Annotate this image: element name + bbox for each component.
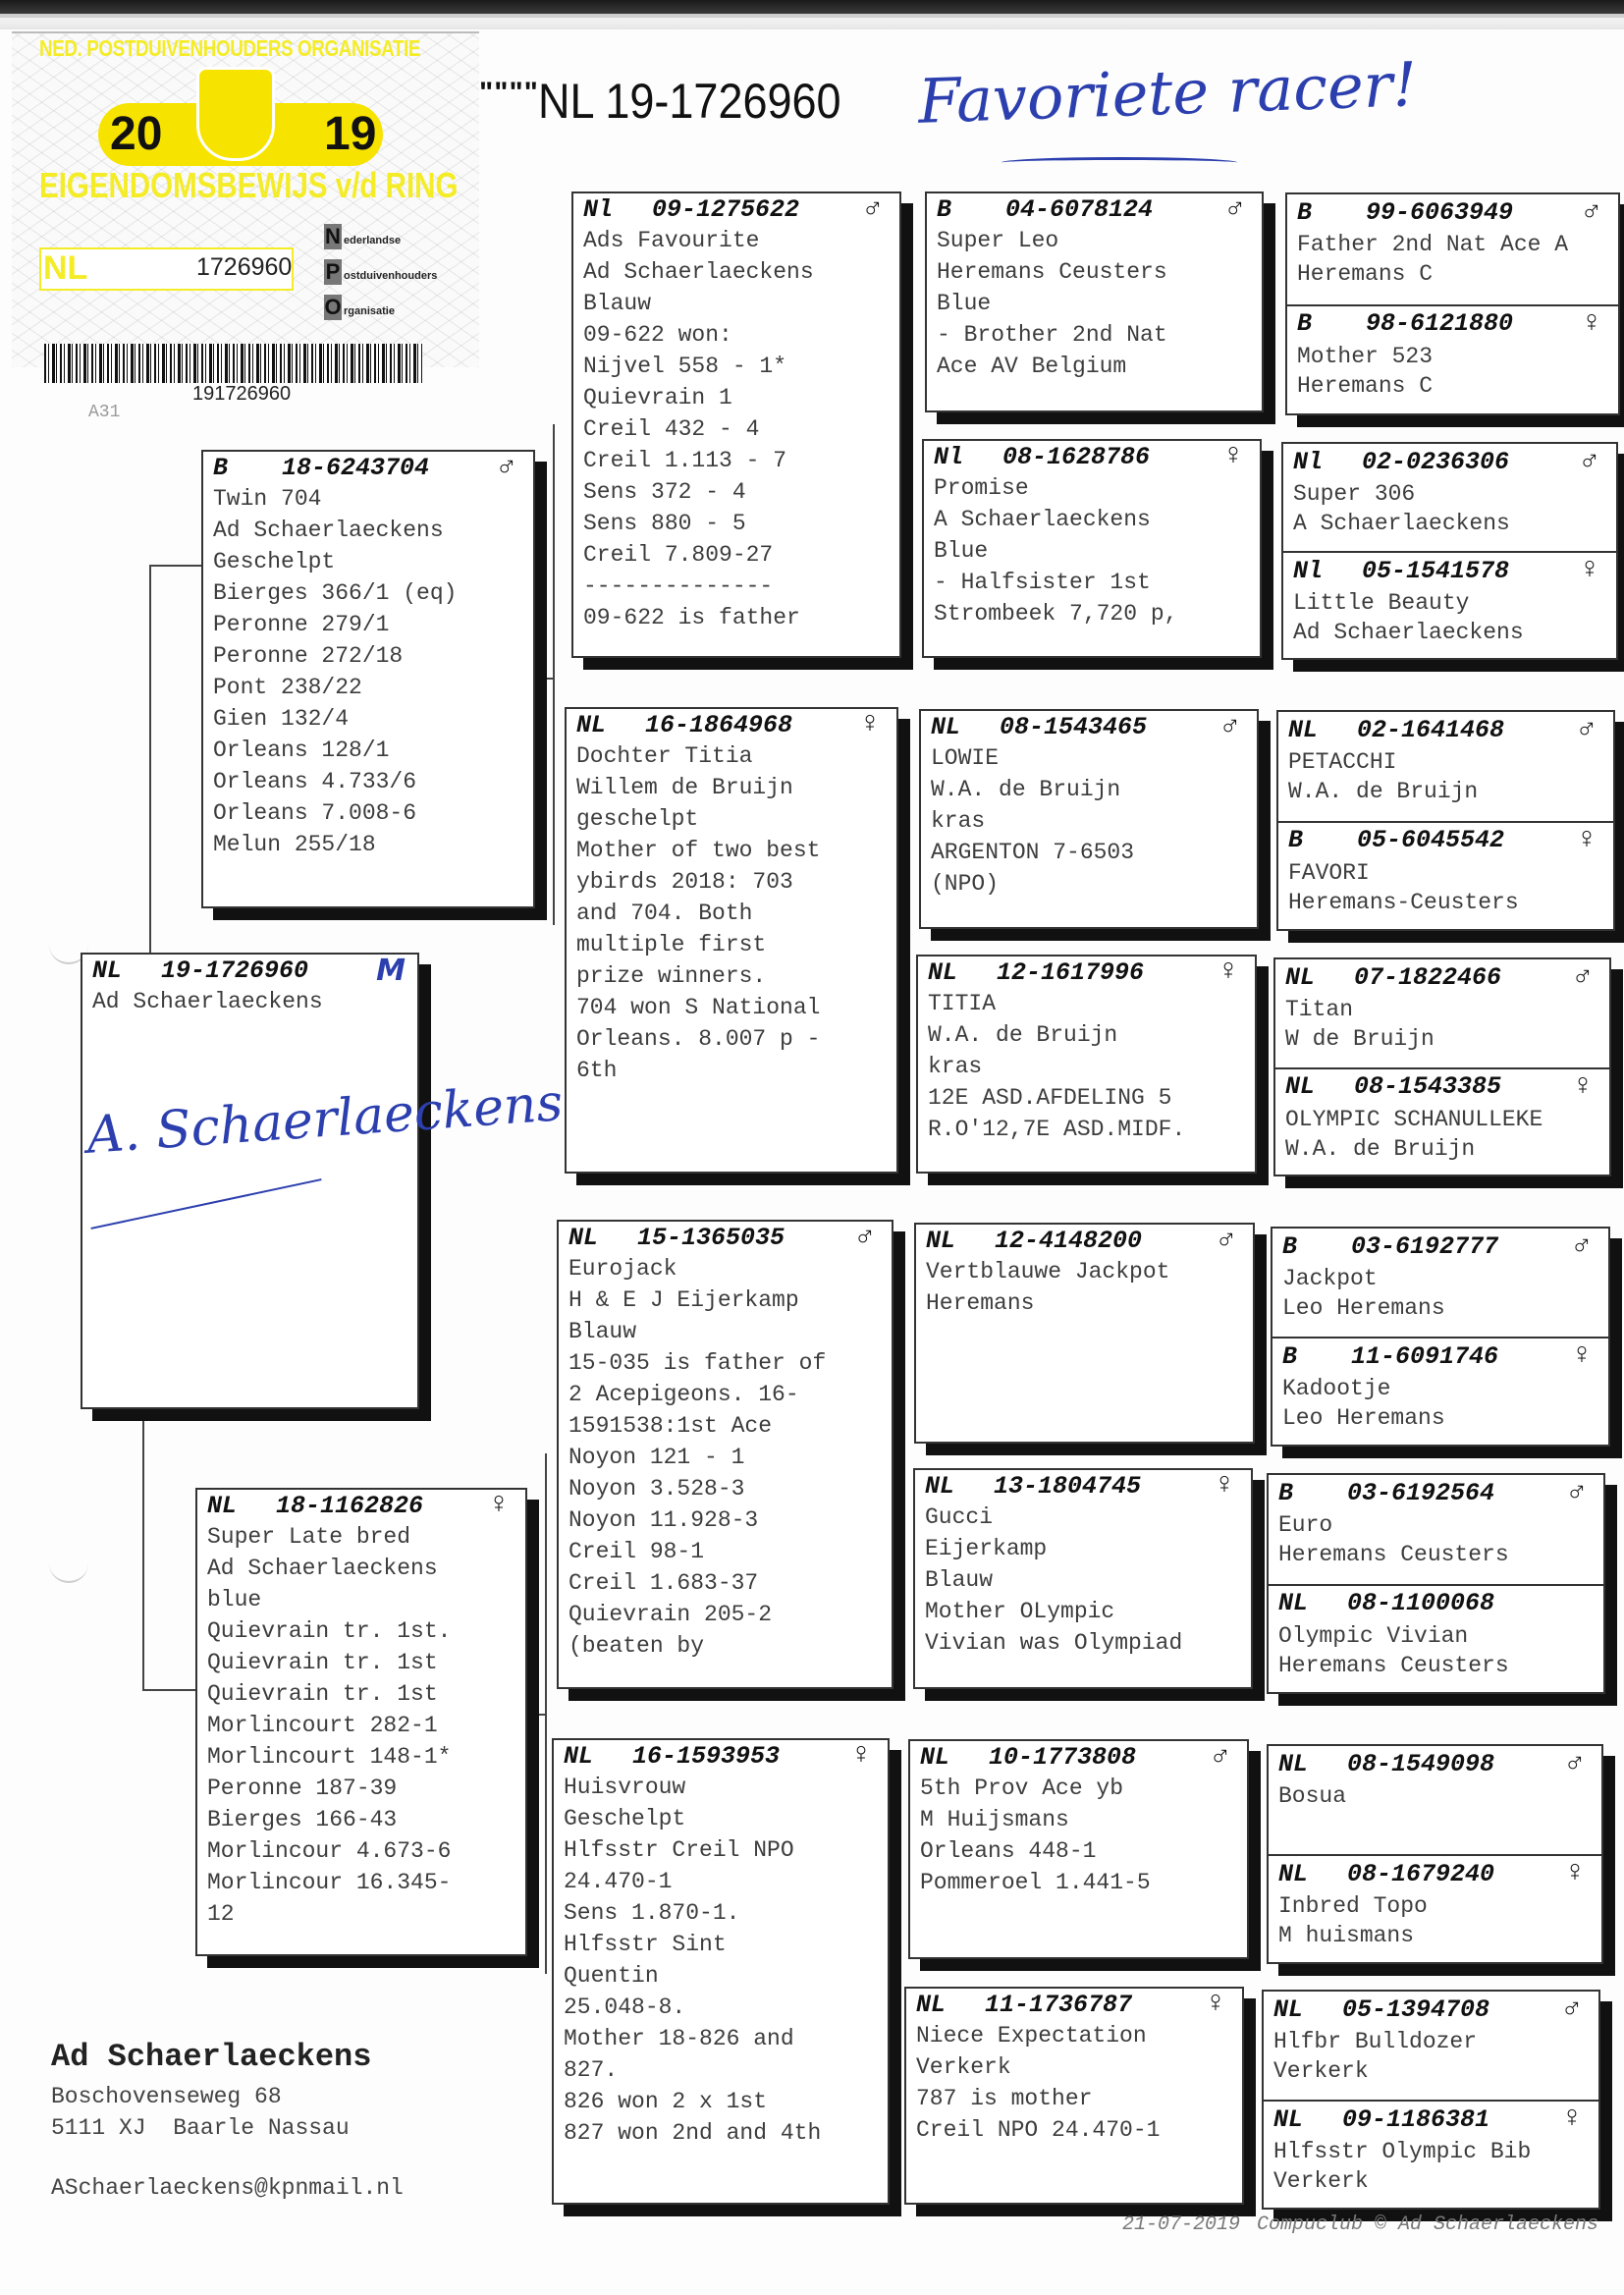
- pigeon-info-line: Blauw: [915, 1564, 1251, 1596]
- country-code: B: [1282, 1232, 1351, 1261]
- pigeon-info-line: 25.048-8.: [554, 1992, 888, 2023]
- pigeon-info-line: Melun 255/18: [203, 829, 533, 860]
- pigeon-info-line: Vertblauwe Jackpot: [916, 1256, 1253, 1287]
- pigeon-info-line: Ace AV Belgium: [927, 351, 1262, 382]
- print-date: 21-07-2019: [1122, 2213, 1240, 2236]
- pigeon-dam: Nl05-1541578♀Little BeautyAd Schaerlaeck…: [1283, 551, 1616, 658]
- npo-text: ostduivenhouders: [344, 270, 437, 282]
- ring-number: 08-1543465: [1000, 713, 1214, 741]
- pigeon-info-line: kras: [918, 1051, 1255, 1082]
- pigeon-header: NL08-1679240♀: [1269, 1856, 1601, 1891]
- pigeon-header: NL11-1736787♀: [906, 1989, 1242, 2020]
- pigeon-info-line: Quievrain tr. 1st.: [197, 1615, 525, 1647]
- pigeon-sire: NL02-1641468♂PETACCHIW.A. de Bruijn: [1278, 712, 1613, 821]
- connector-line: [149, 565, 201, 567]
- pigeon-dam: NL08-1543385♀OLYMPIC SCHANULLEKEW.A. de …: [1275, 1067, 1609, 1175]
- pigeon-header: NL08-1543385♀: [1275, 1069, 1609, 1105]
- pigeon-info-line: Orleans 128/1: [203, 735, 533, 766]
- pigeon-box-father: B18-6243704♂Twin 704Ad SchaerlaeckensGes…: [201, 450, 535, 908]
- pigeon-info-line: R.O'12,7E ASD.MIDF.: [918, 1114, 1255, 1145]
- male-icon: ♂: [1555, 1993, 1589, 2026]
- female-icon: ♀: [1573, 554, 1606, 587]
- pigeon-header: Nl05-1541578♀: [1283, 553, 1616, 588]
- pigeon-info-line: Quievrain tr. 1st: [197, 1678, 525, 1710]
- pigeon-box-fmm: NL12-1617996♀TITIAW.A. de Bruijnkras12E …: [916, 955, 1257, 1174]
- pigeon-sire: B99-6063949♂Father 2nd Nat Ace AHeremans…: [1287, 194, 1618, 304]
- pigeon-header: B05-6045542♀: [1278, 823, 1613, 858]
- pigeon-info-line: Bierges 366/1 (eq): [203, 577, 533, 609]
- pigeon-pair-gen4: NL08-1549098♂BosuaNL08-1679240♀Inbred To…: [1267, 1744, 1603, 1964]
- pigeon-dam: NL08-1679240♀Inbred TopoM huismans: [1269, 1854, 1601, 1962]
- pigeon-info-line: 12E ASD.AFDELING 5: [918, 1082, 1255, 1114]
- pigeon-info-line: Creil 432 - 4: [573, 413, 899, 445]
- barcode-number: 191726960: [192, 383, 291, 406]
- paper-edge: [0, 18, 1624, 29]
- pigeon-header: NL09-1186381♀: [1264, 2102, 1598, 2137]
- pigeon-info-line: Super Leo: [927, 225, 1262, 256]
- country-code: NL: [1273, 1995, 1342, 2024]
- ring-card-footnote: A31: [88, 403, 120, 422]
- connector-line: [1257, 1537, 1259, 1635]
- pigeon-info-line: Creil 7.809-27: [573, 539, 899, 571]
- breeder-address-line2: 5111 XJ Baarle Nassau: [51, 2115, 350, 2141]
- pigeon-info-line: 704 won S National: [567, 992, 896, 1023]
- barcode: [44, 344, 422, 383]
- pigeon-info-line: Mother of two best: [567, 835, 896, 866]
- pigeon-info-line: (beaten by: [559, 1630, 892, 1662]
- pigeon-info-line: ybirds 2018: 703: [567, 866, 896, 898]
- connector-line: [1272, 255, 1273, 354]
- pigeon-info-line: Geschelpt: [554, 1803, 888, 1834]
- pigeon-info-line: Heremans C: [1287, 371, 1618, 401]
- pigeon-dam: NL08-1100068Olympic VivianHeremans Ceust…: [1269, 1584, 1603, 1693]
- male-icon: ♂: [1210, 1224, 1243, 1257]
- female-icon: ♀: [1575, 307, 1608, 341]
- ring-number: 18-6243704: [282, 454, 490, 482]
- pigeon-sire: Nl02-0236306♂Super 306A Schaerlaeckens: [1283, 444, 1616, 551]
- pigeon-box-mother: NL18-1162826♀Super Late bredAd Schaerlae…: [195, 1488, 527, 1956]
- male-icon: ♂: [1218, 192, 1252, 226]
- pigeon-info-line: Huisvrouw: [554, 1772, 888, 1803]
- ring-number: 15-1365035: [637, 1224, 848, 1252]
- pigeon-info-line: Eurojack: [559, 1253, 892, 1284]
- ring-number: 11-1736787: [985, 1991, 1199, 2019]
- pigeon-info-line: PETACCHI: [1278, 747, 1613, 777]
- pigeon-info-line: Ad Schaerlaeckens: [573, 256, 899, 288]
- pigeon-box-mf: NL15-1365035♂EurojackH & E J EijerkampBl…: [557, 1220, 893, 1689]
- pigeon-pair-gen4: Nl02-0236306♂Super 306A SchaerlaeckensNl…: [1281, 442, 1618, 660]
- country-code: B: [1288, 826, 1357, 854]
- pigeon-info-line: Dochter Titia: [567, 740, 896, 772]
- pigeon-pair-gen4: NL02-1641468♂PETACCHIW.A. de BruijnB05-6…: [1276, 710, 1615, 931]
- pigeon-header: NL08-1100068: [1269, 1586, 1603, 1621]
- npo-initial-o: O: [324, 295, 342, 320]
- male-icon: ♂: [1570, 713, 1603, 746]
- pigeon-info-line: Super Late bred: [197, 1521, 525, 1553]
- connector-line: [901, 1333, 903, 1578]
- connector-line: [553, 424, 555, 925]
- country-code: NL: [1278, 1860, 1347, 1888]
- ring-number: 05-6045542: [1357, 826, 1570, 854]
- pigeon-info-line: - Halfsister 1st: [924, 567, 1260, 598]
- pigeon-header: B04-6078124♂: [927, 193, 1262, 225]
- pigeon-info-line: multiple first: [567, 929, 896, 960]
- pigeon-info-line: Orleans 4.733/6: [203, 766, 533, 797]
- header-mark: """": [479, 77, 539, 110]
- ring-number: 05-1541578: [1362, 557, 1573, 585]
- pigeon-info-line: Sens 1.870-1.: [554, 1897, 888, 1929]
- connector-line: [909, 302, 911, 548]
- pigeon-info-line: Peronne 187-39: [197, 1773, 525, 1804]
- female-icon: ♀: [844, 1739, 878, 1773]
- connector-line: [1260, 1291, 1262, 1390]
- ring-card-organisation: NED. POSTDUIVENHOUDERS ORGANISATIE: [39, 35, 420, 62]
- handwritten-underline: [1001, 157, 1237, 168]
- pigeon-info-line: Gien 132/4: [203, 703, 533, 735]
- pigeon-pair-gen4: NL07-1822466♂TitanW de BruijnNL08-154338…: [1273, 957, 1611, 1176]
- pigeon-info-line: Twin 704: [203, 483, 533, 515]
- pigeon-info-line: prize winners.: [567, 960, 896, 992]
- pigeon-info-line: Morlincourt 148-1*: [197, 1741, 525, 1773]
- female-icon: ♀: [1199, 1988, 1232, 2021]
- country-code: B: [1282, 1342, 1351, 1371]
- female-icon: ♀: [1570, 824, 1603, 857]
- male-icon: ♂: [1560, 1476, 1594, 1509]
- pigeon-info-line: Blue: [924, 535, 1260, 567]
- pigeon-info-line: W.A. de Bruijn: [921, 774, 1257, 805]
- male-icon: ♂: [1575, 195, 1608, 229]
- pigeon-info-line: Hlfbr Bulldozer: [1264, 2027, 1598, 2056]
- pigeon-info-line: Hlfsstr Sint: [554, 1929, 888, 1960]
- ring-number: 05-1394708: [1342, 1995, 1555, 2024]
- pigeon-info-line: Eijerkamp: [915, 1533, 1251, 1564]
- npo-line-2: Postduivenhouders: [324, 259, 437, 285]
- scan-top-band: [0, 0, 1624, 14]
- pigeon-info-line: Ad Schaerlaeckens: [203, 515, 533, 546]
- pigeon-info-line: M huismans: [1269, 1921, 1601, 1950]
- pigeon-info-line: Heremans Ceusters: [1269, 1540, 1603, 1569]
- pigeon-info-line: Mother OLympic: [915, 1596, 1251, 1627]
- pigeon-info-line: Quievrain 205-2: [559, 1599, 892, 1630]
- pigeon-header: B98-6121880♀: [1287, 306, 1618, 342]
- pigeon-info-line: 2 Acepigeons. 16-: [559, 1379, 892, 1410]
- npo-line-3: Organisatie: [324, 295, 395, 320]
- ring-number: 07-1822466: [1354, 963, 1566, 992]
- pigeon-info-line: Orleans 7.008-6: [203, 797, 533, 829]
- pigeon-box-fff: B04-6078124♂Super LeoHeremans CeustersBl…: [925, 191, 1264, 412]
- pigeon-info-line: Ad Schaerlaeckens: [1283, 618, 1616, 647]
- pigeon-info-line: Heremans-Ceusters: [1278, 888, 1613, 917]
- pigeon-dam: B05-6045542♀FAVORIHeremans-Ceusters: [1278, 821, 1613, 930]
- npo-text: ederlandse: [344, 235, 401, 246]
- connector-line: [1262, 1021, 1264, 1120]
- pigeon-header: NL12-1617996♀: [918, 956, 1255, 988]
- pigeon-info-line: A Schaerlaeckens: [924, 504, 1260, 535]
- pigeon-info-line: blue: [197, 1584, 525, 1615]
- pigeon-info-line: Quievrain tr. 1st: [197, 1647, 525, 1678]
- female-icon: ♀: [1565, 1339, 1598, 1373]
- npo-line-1: Nederlandse: [324, 224, 401, 249]
- female-icon: ♀: [482, 1489, 515, 1522]
- pigeon-header: NL02-1641468♂: [1278, 712, 1613, 747]
- pigeon-info-line: Pont 238/22: [203, 672, 533, 703]
- ring-card-year-right: 19: [324, 103, 376, 166]
- country-code: NL: [568, 1224, 637, 1252]
- country-code: B: [213, 454, 282, 482]
- pigeon-header: Nl09-1275622♂: [573, 193, 899, 225]
- ring-number: 02-1641468: [1357, 716, 1570, 744]
- pigeon-info-line: Father 2nd Nat Ace A: [1287, 230, 1618, 259]
- country-code: NL: [1285, 1072, 1354, 1101]
- pigeon-header: NL15-1365035♂: [559, 1222, 892, 1253]
- pigeon-info-line: Orleans 448-1: [910, 1835, 1247, 1867]
- pigeon-pair-gen4: B03-6192564♂EuroHeremans CeustersNL08-11…: [1267, 1473, 1605, 1694]
- ring-number: 09-1186381: [1342, 2105, 1555, 2134]
- pigeon-info-line: TITIA: [918, 988, 1255, 1019]
- pigeon-header: Nl02-0236306♂: [1283, 444, 1616, 479]
- connector-line: [895, 1849, 897, 2095]
- female-icon: ♀: [1208, 1469, 1241, 1503]
- pigeon-info-line: 1591538:1st Ace: [559, 1410, 892, 1442]
- ring-number: 02-0236306: [1362, 448, 1573, 476]
- pigeon-header: NL08-1549098♂: [1269, 1746, 1601, 1781]
- breeder-address-line1: Boschovenseweg 68: [51, 2084, 282, 2109]
- pigeon-info-line: H & E J Eijerkamp: [559, 1284, 892, 1316]
- country-code: NL: [1285, 963, 1354, 992]
- pigeon-info-line: Vivian was Olympiad: [915, 1627, 1251, 1659]
- pigeon-info-line: Creil 98-1: [559, 1536, 892, 1567]
- ring-number: 09-1275622: [652, 195, 856, 224]
- pigeon-header: B99-6063949♂: [1287, 194, 1618, 230]
- lion-shield-icon: [196, 67, 275, 161]
- pigeon-info-line: Blauw: [559, 1316, 892, 1347]
- pigeon-info-line: W.A. de Bruijn: [1278, 777, 1613, 806]
- pigeon-info-line: Heremans: [916, 1287, 1253, 1319]
- pigeon-info-line: Peronne 272/18: [203, 640, 533, 672]
- country-code: Nl: [1293, 448, 1362, 476]
- pigeon-info-line: Promise: [924, 472, 1260, 504]
- female-icon: ♀: [853, 708, 887, 741]
- copyright: Compuclub © Ad Schaerlaeckens: [1257, 2213, 1598, 2236]
- connector-line: [527, 1714, 545, 1716]
- pigeon-info-line: 09-622 won:: [573, 319, 899, 351]
- male-icon: ♂: [1566, 960, 1599, 994]
- pigeon-info-line: FAVORI: [1278, 858, 1613, 888]
- ring-number: 16-1864968: [645, 711, 853, 739]
- pigeon-info-line: M Huijsmans: [910, 1804, 1247, 1835]
- pigeon-header: B03-6192777♂: [1272, 1229, 1608, 1264]
- ring-number: 98-6121880: [1366, 309, 1575, 338]
- connector-line: [142, 1689, 195, 1691]
- country-code: NL: [576, 711, 645, 739]
- page-title: NL 19-1726960: [538, 73, 841, 130]
- pigeon-info-line: W.A. de Bruijn: [1275, 1134, 1609, 1164]
- pigeon-info-line: Peronne 279/1: [203, 609, 533, 640]
- pigeon-header: B18-6243704♂: [203, 452, 533, 483]
- pigeon-info-line: --------------: [573, 571, 899, 602]
- country-code: NL: [564, 1742, 632, 1771]
- breeder-name: Ad Schaerlaeckens: [51, 2039, 371, 2075]
- pigeon-box-mmm: NL11-1736787♀Niece ExpectationVerkerk787…: [904, 1987, 1244, 2205]
- npo-initial-n: N: [324, 224, 342, 249]
- pigeon-info-line: Willem de Bruijn: [567, 772, 896, 803]
- pigeon-header: NL05-1394708♂: [1264, 1992, 1598, 2027]
- pigeon-info-line: Bierges 166-43: [197, 1804, 525, 1835]
- male-icon: ♂: [490, 451, 523, 484]
- pigeon-info-line: 09-622 is father: [573, 602, 899, 633]
- pigeon-header: NL16-1864968♀: [567, 709, 896, 740]
- pigeon-header: NL10-1773808♂: [910, 1741, 1247, 1773]
- male-icon: ♂: [1565, 1229, 1598, 1263]
- pigeon-info-line: Morlincour 16.345-: [197, 1867, 525, 1898]
- pigeon-info-line: Verkerk: [1264, 2166, 1598, 2196]
- ring-number: 16-1593953: [632, 1742, 844, 1771]
- pigeon-box-mff: NL12-4148200♂Vertblauwe JackpotHeremans: [914, 1223, 1255, 1444]
- pigeon-info-line: Pommeroel 1.441-5: [910, 1867, 1247, 1898]
- male-icon: ♂: [1214, 710, 1247, 743]
- pigeon-info-line: Verkerk: [906, 2051, 1242, 2083]
- pigeon-info-line: Verkerk: [1264, 2056, 1598, 2086]
- ring-number: 08-1679240: [1347, 1860, 1558, 1888]
- ring-number: 11-6091746: [1351, 1342, 1565, 1371]
- pigeon-info-line: 15-035 is father of: [559, 1347, 892, 1379]
- connector-line: [1255, 1807, 1257, 1905]
- pigeon-info-line: 6th: [567, 1055, 896, 1086]
- country-code: B: [1278, 1479, 1347, 1507]
- connector-line: [1265, 774, 1267, 872]
- pigeon-info-line: Noyon 121 - 1: [559, 1442, 892, 1473]
- pigeon-info-line: Euro: [1269, 1510, 1603, 1540]
- ring-number: 10-1773808: [989, 1743, 1204, 1772]
- connector-line: [535, 678, 553, 680]
- pigeon-dam: NL09-1186381♀Hlfsstr Olympic BibVerkerk: [1264, 2100, 1598, 2208]
- ring-number: 08-1100068: [1347, 1589, 1560, 1617]
- female-icon: ♀: [1212, 956, 1245, 989]
- pigeon-info-line: Heremans Ceusters: [927, 256, 1262, 288]
- handwritten-note: Favoriete racer!: [917, 48, 1418, 137]
- pigeon-info-line: 787 is mother: [906, 2083, 1242, 2114]
- ring-number: 12-1617996: [997, 958, 1212, 987]
- pigeon-info-line: Bosua: [1269, 1781, 1601, 1811]
- pigeon-info-line: 827.: [554, 2054, 888, 2086]
- pigeon-info-line: Creil 1.113 - 7: [573, 445, 899, 476]
- ring-number: 08-1549098: [1347, 1750, 1558, 1778]
- male-icon: ♂: [1558, 1747, 1592, 1780]
- pigeon-info-line: OLYMPIC SCHANULLEKE: [1275, 1105, 1609, 1134]
- pigeon-box-ff: Nl09-1275622♂Ads FavouriteAd Schaerlaeck…: [571, 191, 901, 658]
- pigeon-info-line: Morlincour 4.673-6: [197, 1835, 525, 1867]
- pigeon-box-ffm: Nl08-1628786♀PromiseA SchaerlaeckensBlue…: [922, 439, 1262, 658]
- pigeon-info-line: A Schaerlaeckens: [1283, 509, 1616, 538]
- pigeon-header: NL08-1543465♂: [921, 711, 1257, 742]
- female-icon: ♀: [1217, 440, 1250, 473]
- ring-number: 04-6078124: [1005, 195, 1218, 224]
- punch-hole: [49, 1561, 88, 1583]
- pigeon-info-line: Jackpot: [1272, 1264, 1608, 1293]
- country-code: Nl: [583, 195, 652, 224]
- pigeon-info-line: Little Beauty: [1283, 588, 1616, 618]
- pigeon-pair-gen4: B03-6192777♂JackpotLeo HeremansB11-60917…: [1271, 1227, 1610, 1447]
- pigeon-sire: B03-6192564♂EuroHeremans Ceusters: [1269, 1475, 1603, 1584]
- country-code: B: [1297, 198, 1366, 227]
- pigeon-sire: NL05-1394708♂Hlfbr BulldozerVerkerk: [1264, 1992, 1598, 2100]
- pigeon-sire: B03-6192777♂JackpotLeo Heremans: [1272, 1229, 1608, 1337]
- pigeon-info-line: geschelpt: [567, 803, 896, 835]
- country-code: NL: [926, 1227, 995, 1255]
- country-code: NL: [931, 713, 1000, 741]
- country-code: Nl: [934, 443, 1002, 471]
- pigeon-info-line: Hlfsstr Creil NPO: [554, 1834, 888, 1866]
- male-icon: ♂: [848, 1221, 882, 1254]
- pigeon-info-line: LOWIE: [921, 742, 1257, 774]
- pigeon-info-line: Inbred Topo: [1269, 1891, 1601, 1921]
- ring-number: 03-6192777: [1351, 1232, 1565, 1261]
- pigeon-info-line: Blauw: [573, 288, 899, 319]
- pigeon-info-line: Geschelpt: [203, 546, 533, 577]
- country-code: NL: [920, 1743, 989, 1772]
- pigeon-header: NL16-1593953♀: [554, 1740, 888, 1772]
- ring-number: 08-1628786: [1002, 443, 1217, 471]
- pigeon-header: NL13-1804745♀: [915, 1470, 1251, 1502]
- pigeon-box-subject: NL19-1726960MAd Schaerlaeckens: [81, 953, 419, 1409]
- pigeon-pair-gen4: B99-6063949♂Father 2nd Nat Ace AHeremans…: [1285, 192, 1620, 415]
- pigeon-info-line: Noyon 3.528-3: [559, 1473, 892, 1504]
- ring-number: 08-1543385: [1354, 1072, 1566, 1101]
- breeder-email[interactable]: ASchaerlaeckens@kpnmail.nl: [51, 2175, 404, 2201]
- ring-card-number: 1726960: [196, 253, 292, 282]
- country-code: NL: [928, 958, 997, 987]
- pigeon-sire: NL07-1822466♂TitanW de Bruijn: [1275, 959, 1609, 1067]
- pigeon-info-line: Leo Heremans: [1272, 1403, 1608, 1433]
- ring-card-title: EIGENDOMSBEWIJS v/d RING: [39, 165, 458, 206]
- pigeon-header: B03-6192564♂: [1269, 1475, 1603, 1510]
- female-icon: ♀: [1555, 2103, 1589, 2136]
- ring-card-country: NL: [43, 249, 87, 287]
- pigeon-info-line: (NPO): [921, 868, 1257, 900]
- country-code: NL: [92, 956, 161, 985]
- pigeon-info-line: 24.470-1: [554, 1866, 888, 1897]
- pigeon-info-line: Leo Heremans: [1272, 1293, 1608, 1323]
- country-code: Nl: [1293, 557, 1362, 585]
- ring-card-year-left: 20: [110, 103, 162, 166]
- sex-mark: M: [374, 954, 407, 988]
- pigeon-box-mfm: NL13-1804745♀GucciEijerkampBlauwMother O…: [913, 1468, 1253, 1689]
- pigeon-info-line: Quentin: [554, 1960, 888, 1992]
- pigeon-info-line: Creil 1.683-37: [559, 1567, 892, 1599]
- pigeon-box-mmf: NL10-1773808♂5th Prov Ace ybM HuijsmansO…: [908, 1739, 1249, 1959]
- pigeon-header: NL18-1162826♀: [197, 1490, 525, 1521]
- pigeon-info-line: Blue: [927, 288, 1262, 319]
- connector-line: [1252, 2052, 1254, 2151]
- pigeon-info-line: Quievrain 1: [573, 382, 899, 413]
- pigeon-info-line: Hlfsstr Olympic Bib: [1264, 2137, 1598, 2166]
- pigeon-info-line: Heremans C: [1287, 259, 1618, 289]
- pigeon-box-mm: NL16-1593953♀HuisvrouwGeschelptHlfsstr C…: [552, 1738, 890, 2205]
- pigeon-info-line: Orleans. 8.007 p -: [567, 1023, 896, 1055]
- country-code: NL: [207, 1492, 276, 1520]
- connector-line: [1269, 506, 1271, 604]
- pigeon-info-line: - Brother 2nd Nat: [927, 319, 1262, 351]
- pigeon-info-line: Ad Schaerlaeckens: [82, 986, 417, 1017]
- pigeon-box-fm: NL16-1864968♀Dochter TitiaWillem de Brui…: [565, 707, 898, 1174]
- pigeon-info-line: Mother 523: [1287, 342, 1618, 371]
- ring-number: 99-6063949: [1366, 198, 1575, 227]
- pigeon-info-line: 12: [197, 1898, 525, 1930]
- pigeon-info-line: Morlincourt 282-1: [197, 1710, 525, 1741]
- pigeon-info-line: Strombeek 7,720 p,: [924, 598, 1260, 629]
- female-icon: ♀: [1558, 1857, 1592, 1890]
- npo-text: rganisatie: [344, 305, 395, 317]
